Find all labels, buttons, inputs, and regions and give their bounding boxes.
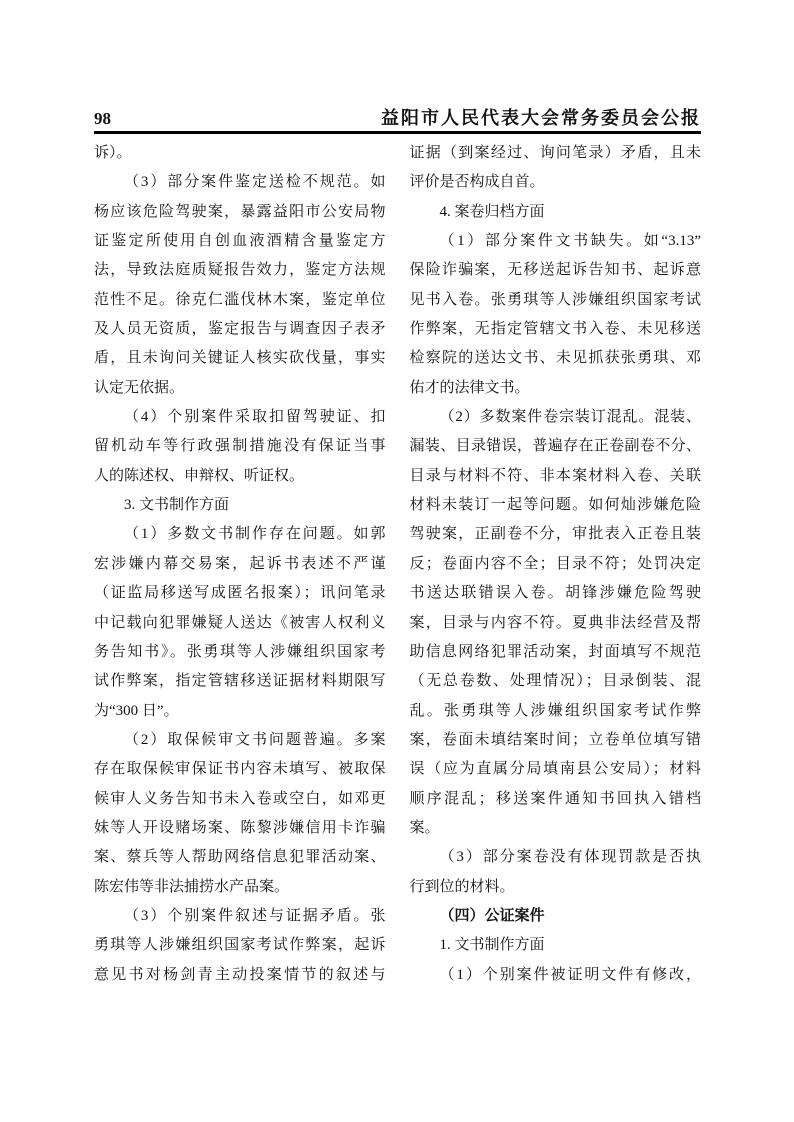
text-line: （1）部分案件文书缺失。如“3.13” xyxy=(410,227,702,256)
text-line: 认定无依据。 xyxy=(94,374,386,403)
text-line: 1. 文书制作方面 xyxy=(410,931,702,960)
text-line: 佑才的法律文书。 xyxy=(410,374,702,403)
text-line: （证监局移送写成匿名报案）；讯问笔录 xyxy=(94,579,386,608)
text-line: 证据（到案经过、询问笔录）矛盾，且未 xyxy=(410,139,702,168)
text-line: （3）部分案件鉴定送检不规范。如 xyxy=(94,168,386,197)
text-line: 3. 文书制作方面 xyxy=(94,491,386,520)
text-line: 检察院的送达文书、未见抓获张勇琪、邓 xyxy=(410,344,702,373)
text-line: 案、蔡兵等人帮助网络信息犯罪活动案、 xyxy=(94,843,386,872)
text-line: 盾，且未询问关键证人核实砍伐量，事实 xyxy=(94,344,386,373)
text-line: （四）公证案件 xyxy=(410,902,702,931)
text-line: （1）多数文书制作存在问题。如郭 xyxy=(94,520,386,549)
text-line: 书送达联错误入卷。胡锋涉嫌危险驾驶 xyxy=(410,579,702,608)
text-line: 驾驶案，正副卷不分，审批表入正卷且装 xyxy=(410,520,702,549)
text-line: 诉）。 xyxy=(94,139,386,168)
text-line: 行到位的材料。 xyxy=(410,873,702,902)
column-left: 诉）。（3）部分案件鉴定送检不规范。如杨应该危险驾驶案，暴露益阳市公安局物证鉴定… xyxy=(94,139,386,990)
text-line: 陈宏伟等非法捕捞水产品案。 xyxy=(94,873,386,902)
document-body: 诉）。（3）部分案件鉴定送检不规范。如杨应该危险驾驶案，暴露益阳市公安局物证鉴定… xyxy=(94,139,701,990)
text-line: 反；卷面内容不全；目录不符；处罚决定 xyxy=(410,550,702,579)
column-right: 证据（到案经过、询问笔录）矛盾，且未评价是否构成自首。4. 案卷归档方面（1）部… xyxy=(410,139,702,990)
text-line: 见书入卷。张勇琪等人涉嫌组织国家考试 xyxy=(410,286,702,315)
text-line: （4）个别案件采取扣留驾驶证、扣 xyxy=(94,403,386,432)
text-line: 顺序混乱；移送案件通知书回执入错档 xyxy=(410,785,702,814)
text-line: 作弊案，无指定管辖文书入卷、未见移送 xyxy=(410,315,702,344)
text-line: 杨应该危险驾驶案，暴露益阳市公安局物 xyxy=(94,198,386,227)
text-line: 助信息网络犯罪活动案，封面填写不规范 xyxy=(410,638,702,667)
page-header: 98 益阳市人民代表大会常务委员会公报 xyxy=(94,108,701,134)
text-line: 意见书对杨剑青主动投案情节的叙述与 xyxy=(94,961,386,990)
text-line: 妹等人开设赌场案、陈黎涉嫌信用卡诈骗 xyxy=(94,814,386,843)
document-page: { "page": { "number": "98", "header_titl… xyxy=(0,0,794,1122)
text-line: （1）个别案件被证明文件有修改， xyxy=(410,961,702,990)
text-line: 案。 xyxy=(410,814,702,843)
text-line: （3）个别案件叙述与证据矛盾。张 xyxy=(94,902,386,931)
text-line: 目录与材料不符、非本案材料入卷、关联 xyxy=(410,462,702,491)
text-line: 法，导致法庭质疑报告效力，鉴定方法规 xyxy=(94,256,386,285)
text-line: 保险诈骗案，无移送起诉告知书、起诉意 xyxy=(410,256,702,285)
text-line: 试作弊案，指定管辖移送证据材料期限写 xyxy=(94,667,386,696)
text-line: 范性不足。徐克仁滥伐林木案，鉴定单位 xyxy=(94,286,386,315)
text-line: 勇琪等人涉嫌组织国家考试作弊案，起诉 xyxy=(94,931,386,960)
text-line: 留机动车等行政强制措施没有保证当事 xyxy=(94,432,386,461)
text-line: 存在取保候审保证书内容未填写、被取保 xyxy=(94,755,386,784)
text-line: （3）部分案卷没有体现罚款是否执 xyxy=(410,843,702,872)
text-line: 为“300 日”。 xyxy=(94,697,386,726)
text-line: 务告知书》。张勇琪等人涉嫌组织国家考 xyxy=(94,638,386,667)
text-line: 案，卷面未填结案时间；立卷单位填写错 xyxy=(410,726,702,755)
text-line: 4. 案卷归档方面 xyxy=(410,198,702,227)
text-line: 证鉴定所使用自创血液酒精含量鉴定方 xyxy=(94,227,386,256)
text-line: 候审人义务告知书未入卷或空白，如邓更 xyxy=(94,785,386,814)
text-line: 误（应为直属分局填南县公安局）；材料 xyxy=(410,755,702,784)
text-line: 材料未装订一起等问题。如何灿涉嫌危险 xyxy=(410,491,702,520)
text-line: 漏装、目录错误，普遍存在正卷副卷不分、 xyxy=(410,432,702,461)
text-line: 人的陈述权、申辩权、听证权。 xyxy=(94,462,386,491)
header-title: 益阳市人民代表大会常务委员会公报 xyxy=(381,108,701,128)
text-line: 宏涉嫌内幕交易案，起诉书表述不严谨 xyxy=(94,550,386,579)
text-line: 评价是否构成自首。 xyxy=(410,168,702,197)
text-line: 中记载向犯罪嫌疑人送达《被害人权利义 xyxy=(94,609,386,638)
page-number: 98 xyxy=(94,110,111,128)
text-line: （2）取保候审文书问题普遍。多案 xyxy=(94,726,386,755)
text-line: 及人员无资质，鉴定报告与调查因子表矛 xyxy=(94,315,386,344)
text-line: 案，目录与内容不符。夏典非法经营及帮 xyxy=(410,609,702,638)
text-line: （2）多数案件卷宗装订混乱。混装、 xyxy=(410,403,702,432)
text-line: 乱。张勇琪等人涉嫌组织国家考试作弊 xyxy=(410,697,702,726)
text-line: （无总卷数、处理情况）；目录倒装、混 xyxy=(410,667,702,696)
